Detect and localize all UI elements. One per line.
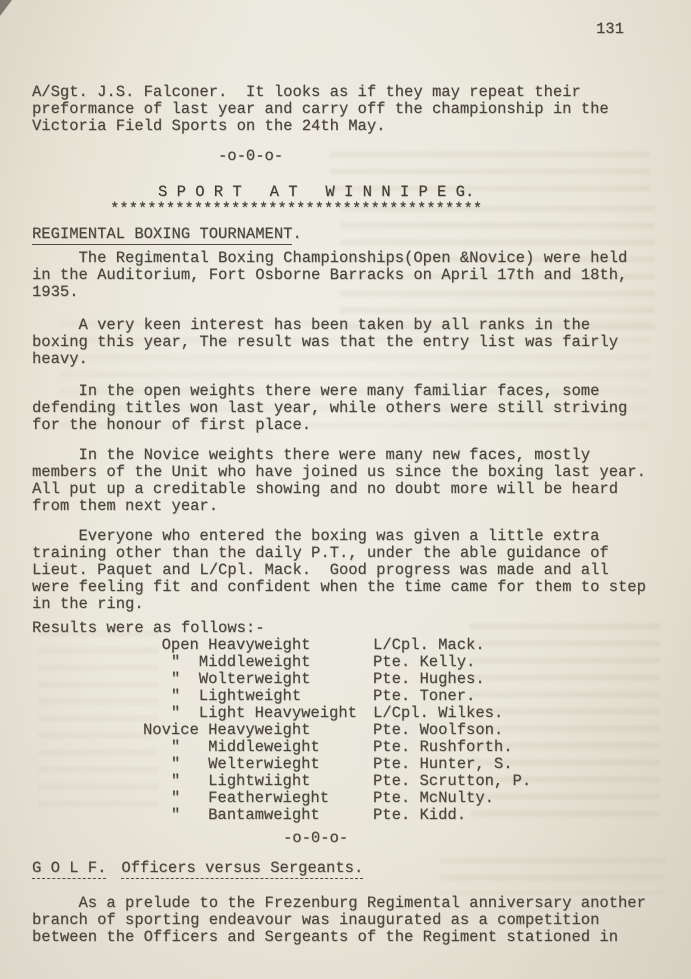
- section-separator: -o-0-o-: [283, 830, 672, 847]
- result-winner: Pte. Rushforth.: [373, 739, 513, 756]
- golf-subheading-text: Officers versus Sergeants.: [121, 860, 363, 879]
- result-weight-class: " Wolterweight: [143, 670, 310, 688]
- results-label: Results were as follows:-: [32, 620, 672, 637]
- boxing-paragraph-4: In the Novice weights there were many ne…: [32, 447, 672, 515]
- result-winner: Pte. Toner.: [373, 688, 475, 705]
- boxing-paragraph-2: A very keen interest has been taken by a…: [32, 317, 672, 368]
- result-row: " Light HeavyweightL/Cpl. Wilkes.: [143, 705, 672, 722]
- page-content: A/Sgt. J.S. Falconer. It looks as if the…: [32, 0, 672, 946]
- result-winner: Pte. Woolfson.: [373, 722, 503, 739]
- section-separator: -o-0-o-: [218, 148, 672, 165]
- result-weight-class: " Middleweight: [143, 738, 320, 756]
- result-row: " BantamweightPte. Kidd.: [143, 807, 672, 824]
- result-weight-class: Open Heavyweight: [143, 636, 310, 654]
- result-weight-class: " Welterwieght: [143, 755, 320, 773]
- title-asterisk-rule: ****************************************: [110, 201, 672, 218]
- result-weight-class: " Middleweight: [143, 653, 310, 671]
- result-winner: Pte. Kelly.: [373, 654, 475, 671]
- result-row: " WelterwieghtPte. Hunter, S.: [143, 756, 672, 773]
- result-weight-class: Novice Heavyweight: [143, 721, 310, 739]
- boxing-paragraph-5: Everyone who entered the boxing was give…: [32, 528, 672, 613]
- result-row: Novice HeavyweightPte. Woolfson.: [143, 722, 672, 739]
- result-row: " MiddleweightPte. Rushforth.: [143, 739, 672, 756]
- result-row: " MiddleweightPte. Kelly.: [143, 654, 672, 671]
- result-weight-class: " Lightweight: [143, 687, 301, 705]
- golf-section-heading: G O L F.Officers versus Sergeants.: [32, 860, 672, 879]
- intro-paragraph: A/Sgt. J.S. Falconer. It looks as if the…: [32, 84, 672, 135]
- result-winner: L/Cpl. Mack.: [373, 637, 485, 654]
- result-winner: Pte. Hughes.: [373, 671, 485, 688]
- result-row: " LightwiightPte. Scrutton, P.: [143, 773, 672, 790]
- boxing-section-heading: REGIMENTAL BOXING TOURNAMENT.: [32, 226, 672, 243]
- result-winner: Pte. Hunter, S.: [373, 756, 513, 773]
- result-winner: Pte. McNulty.: [373, 790, 494, 807]
- boxing-heading-text: REGIMENTAL BOXING TOURNAMENT: [32, 226, 292, 245]
- boxing-paragraph-3: In the open weights there were many fami…: [32, 383, 672, 434]
- result-winner: Pte. Scrutton, P.: [373, 773, 531, 790]
- result-weight-class: " Light Heavyweight: [143, 704, 357, 722]
- result-row: Open HeavyweightL/Cpl. Mack.: [143, 637, 672, 654]
- golf-heading-text: G O L F.: [32, 860, 106, 879]
- result-weight-class: " Lightwiight: [143, 772, 310, 790]
- results-list: Open HeavyweightL/Cpl. Mack. " Middlewei…: [32, 637, 672, 824]
- result-weight-class: " Bantamweight: [143, 806, 320, 824]
- result-row: " FeatherwieghtPte. McNulty.: [143, 790, 672, 807]
- boxing-heading-period: .: [292, 225, 301, 243]
- result-row: " WolterweightPte. Hughes.: [143, 671, 672, 688]
- scanned-document-page: { "page_number": "131", "separator": "-o…: [0, 0, 691, 979]
- result-winner: Pte. Kidd.: [373, 807, 466, 824]
- golf-paragraph: As a prelude to the Frezenburg Regimenta…: [32, 895, 672, 946]
- sport-at-winnipeg-title: S P O R T A T W I N N I P E G.: [158, 184, 672, 201]
- result-winner: L/Cpl. Wilkes.: [373, 705, 503, 722]
- result-row: " LightweightPte. Toner.: [143, 688, 672, 705]
- result-weight-class: " Featherwieght: [143, 789, 329, 807]
- boxing-paragraph-1: The Regimental Boxing Championships(Open…: [32, 250, 672, 301]
